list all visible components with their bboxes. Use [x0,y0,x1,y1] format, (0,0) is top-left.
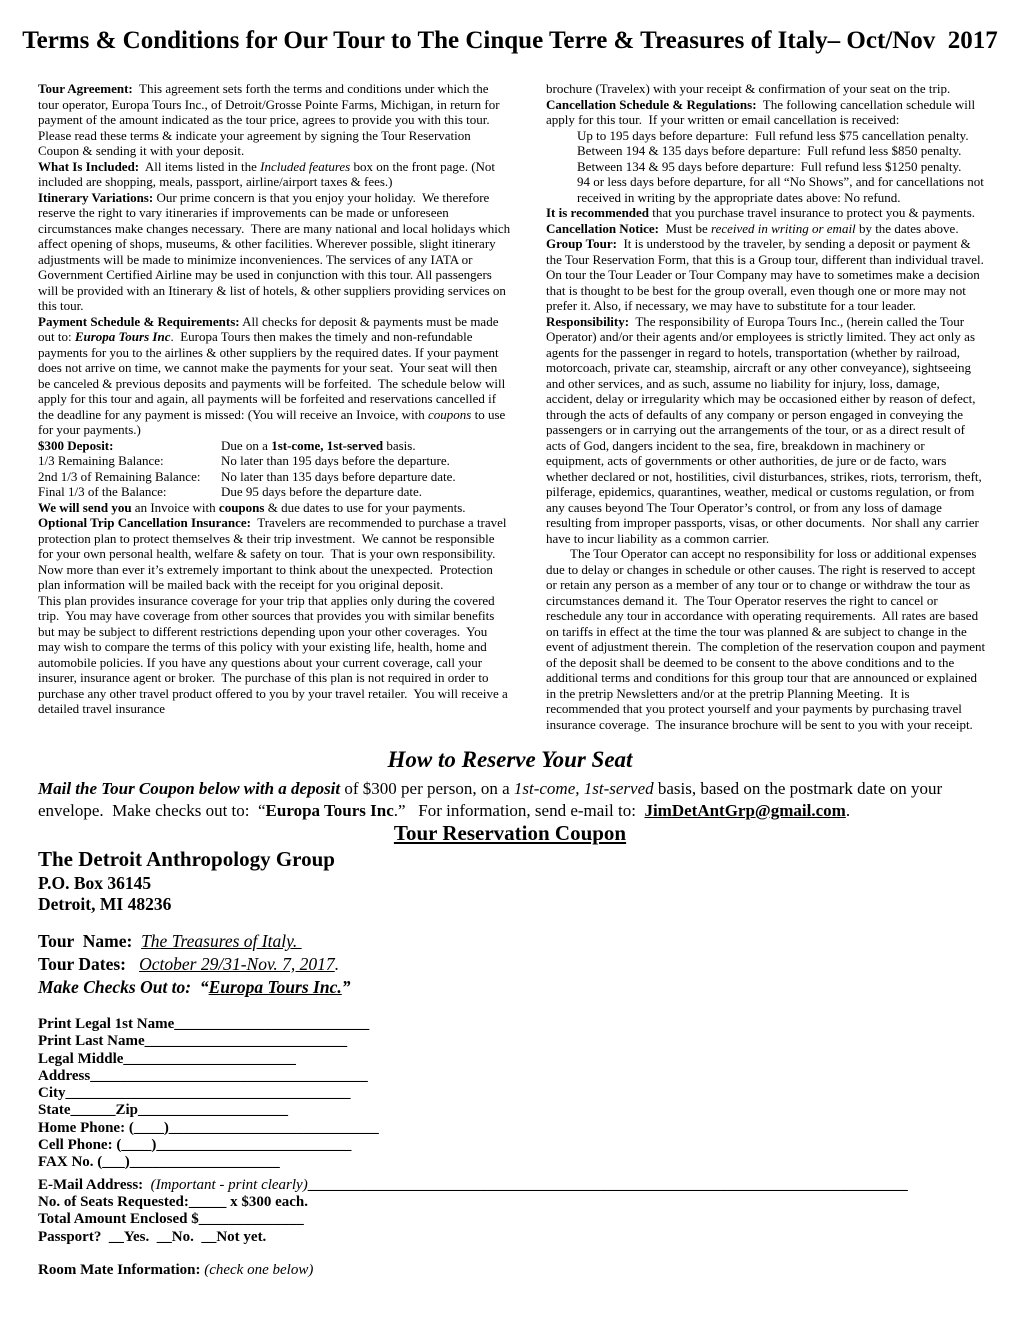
text-run: No later than 195 days before the depart… [221,453,450,468]
text-run: coupons [428,407,471,422]
paragraph: 1/3 Remaining Balance:No later than 195 … [38,453,511,469]
paragraph: FAX No. (___)____________________ [38,1154,990,1171]
paragraph: Legal Middle_______________________ [38,1051,990,1068]
text-run: Mail the Tour Coupon below with a deposi… [38,779,340,798]
text-run: Responsibility: [546,314,629,329]
text-run: . [846,801,850,820]
text-run: Europa Tours Inc [75,329,171,344]
paragraph: Tour Agreement: This agreement sets fort… [38,81,511,159]
text-run: Final 1/3 of the Balance: [38,484,221,500]
paragraph: Passport? __Yes. __No. __Not yet. [38,1229,990,1246]
text-run: All items listed in the [139,159,260,174]
tour-dates-line: Tour Dates: October 29/31-Nov. 7, 2017. [38,954,339,975]
text-run: FAX No. (___)____________________ [38,1154,280,1170]
po-box-line: P.O. Box 36145 [38,873,151,894]
text-run: JimDetAntGrp@gmail.com [644,801,845,820]
paragraph: Cancellation Schedule & Regulations: The… [546,97,986,128]
terms-columns: Tour Agreement: This agreement sets fort… [38,81,986,739]
text-run: City____________________________________… [38,1085,351,1101]
text-run: 1st-come, 1st-served [514,779,654,798]
paragraph: Final 1/3 of the Balance:Due 95 days bef… [38,484,511,500]
document-title: Terms & Conditions for Our Tour to The C… [0,27,1020,55]
paragraph: $300 Deposit:Due on a 1st-come, 1st-serv… [38,438,511,454]
text-run: Cell Phone: (____)______________________… [38,1137,351,1153]
text-run: It is recommended [546,205,649,220]
text-run: an Invoice with [132,500,219,515]
text-run: basis. [383,438,416,453]
text-run: $300 Deposit: [38,438,221,454]
text-run: coupons [219,500,265,515]
paragraph: E-Mail Address: (Important - print clear… [38,1177,990,1194]
coupon-heading: Tour Reservation Coupon [0,821,1020,846]
text-run: that you purchase travel insurance to pr… [649,205,975,220]
text-run: Payment Schedule & Requirements: [38,314,240,329]
paragraph: Print Legal 1st Name____________________… [38,1016,990,1033]
text-run: Due on a [221,438,271,453]
text-run: Passport? __Yes. __No. __Not yet. [38,1229,266,1245]
text-run: 1st-come, 1st-served [271,438,383,453]
paragraph: What Is Included: All items listed in th… [38,159,511,190]
text-run: E-Mail Address: [38,1177,151,1193]
text-run: Tour Dates: [38,954,139,974]
document-page: Terms & Conditions for Our Tour to The C… [0,0,1020,1320]
paragraph: 94 or less days before departure, for al… [546,174,986,205]
text-run: by the dates above. [856,221,959,236]
text-run: This plan provides insurance coverage fo… [38,593,511,717]
paragraph: Up to 195 days before departure: Full re… [546,128,986,144]
text-run: “ [200,977,209,997]
organization-name: The Detroit Anthropology Group [38,847,335,872]
paragraph: This plan provides insurance coverage fo… [38,593,511,717]
text-run: Must be [659,221,711,236]
paragraph: Itinerary Variations: Our prime concern … [38,190,511,314]
text-run: October 29/31-Nov. 7, 2017 [139,954,335,974]
text-run: 2nd 1/3 of Remaining Balance: [38,469,221,485]
text-run: .” For information, send e-mail to: [394,801,645,820]
text-run: Europa Tours Inc. [209,977,342,997]
text-run: Itinerary Variations: [38,190,153,205]
text-run: Make Checks Out to: [38,977,200,997]
paragraph: City____________________________________… [38,1085,990,1102]
text-run: The Treasures of Italy. [141,931,302,951]
paragraph: State______Zip____________________ [38,1102,990,1119]
paragraph: Responsibility: The responsibility of Eu… [546,314,986,547]
paragraph: Cell Phone: (____)______________________… [38,1137,990,1154]
paragraph: Between 134 & 95 days before departure: … [546,159,986,175]
text-run: Print Legal 1st Name____________________… [38,1016,369,1032]
reserve-seat-heading: How to Reserve Your Seat [0,747,1020,773]
tour-name-line: Tour Name: The Treasures of Italy. [38,931,302,952]
paragraph: Between 194 & 135 days before departure:… [546,143,986,159]
paragraph: It is recommended that you purchase trav… [546,205,986,221]
paragraph: Optional Trip Cancellation Insurance: Tr… [38,515,511,593]
paragraph: We will send you an Invoice with coupons… [38,500,511,516]
text-run: Between 194 & 135 days before departure:… [577,143,961,158]
text-run: & due dates to use for your payments. [264,500,465,515]
text-run: Tour Agreement: [38,81,133,96]
text-run: received in writing or email [711,221,856,236]
text-run: ________________________________________… [308,1177,908,1193]
text-run: Due 95 days before the departure date. [221,484,422,499]
text-run: brochure (Travelex) with your receipt & … [546,81,950,96]
terms-right-column: brochure (Travelex) with your receipt & … [546,81,986,739]
text-run: . [335,954,339,974]
paragraph: Home Phone: (____)______________________… [38,1120,990,1137]
text-run: (Important - print clearly) [151,1177,308,1193]
text-run: We will send you [38,500,132,515]
text-run: Tour Name: [38,931,141,951]
text-run: Group Tour: [546,236,617,251]
text-run: (check one below) [204,1262,313,1278]
coupon-heading-text: Tour Reservation Coupon [394,821,626,845]
text-run: No. of Seats Requested:_____ x $300 each… [38,1194,308,1210]
text-run: The Tour Operator can accept no responsi… [546,546,986,732]
text-run: No later than 135 days before departure … [221,469,456,484]
text-run: ” [342,977,351,997]
terms-left-column: Tour Agreement: This agreement sets fort… [38,81,511,739]
text-run: Between 134 & 95 days before departure: … [577,159,961,174]
text-run: Cancellation Schedule & Regulations: [546,97,757,112]
text-run: The responsibility of Europa Tours Inc.,… [546,314,985,546]
text-run: Room Mate Information: [38,1262,204,1278]
text-run: Address_________________________________… [38,1068,368,1084]
reservation-form-fields: Print Legal 1st Name____________________… [38,1016,990,1246]
text-run: Print Last Name_________________________… [38,1033,347,1049]
city-state-zip-line: Detroit, MI 48236 [38,894,171,915]
text-run: Our prime concern is that you enjoy your… [38,190,513,314]
text-run: Total Amount Enclosed $______________ [38,1211,304,1227]
text-run: 94 or less days before departure, for al… [577,174,986,205]
text-run: Included features [260,159,350,174]
paragraph: 2nd 1/3 of Remaining Balance:No later th… [38,469,511,485]
paragraph: Address_________________________________… [38,1068,990,1085]
paragraph: The Tour Operator can accept no responsi… [546,546,986,732]
text-run: Europa Tours Inc [266,801,394,820]
paragraph: Group Tour: It is understood by the trav… [546,236,986,314]
reserve-seat-instructions: Mail the Tour Coupon below with a deposi… [38,778,986,821]
text-run: of $300 per person, on a [340,779,514,798]
text-run: Up to 195 days before departure: Full re… [577,128,969,143]
paragraph: Print Last Name_________________________… [38,1033,990,1050]
paragraph: No. of Seats Requested:_____ x $300 each… [38,1194,990,1211]
paragraph: Total Amount Enclosed $______________ [38,1211,990,1228]
paragraph: Payment Schedule & Requirements: All che… [38,314,511,438]
make-checks-line: Make Checks Out to: “Europa Tours Inc.” [38,977,350,998]
text-run: Cancellation Notice: [546,221,659,236]
text-run: What Is Included: [38,159,139,174]
text-run: 1/3 Remaining Balance: [38,453,221,469]
roommate-information-line: Room Mate Information: (check one below) [38,1262,313,1279]
text-run: State______Zip____________________ [38,1102,288,1118]
text-run: Legal Middle_______________________ [38,1051,296,1067]
text-run: Home Phone: (____)______________________… [38,1120,379,1136]
text-run: Optional Trip Cancellation Insurance: [38,515,251,530]
paragraph: brochure (Travelex) with your receipt & … [546,81,986,97]
paragraph: Cancellation Notice: Must be received in… [546,221,986,237]
